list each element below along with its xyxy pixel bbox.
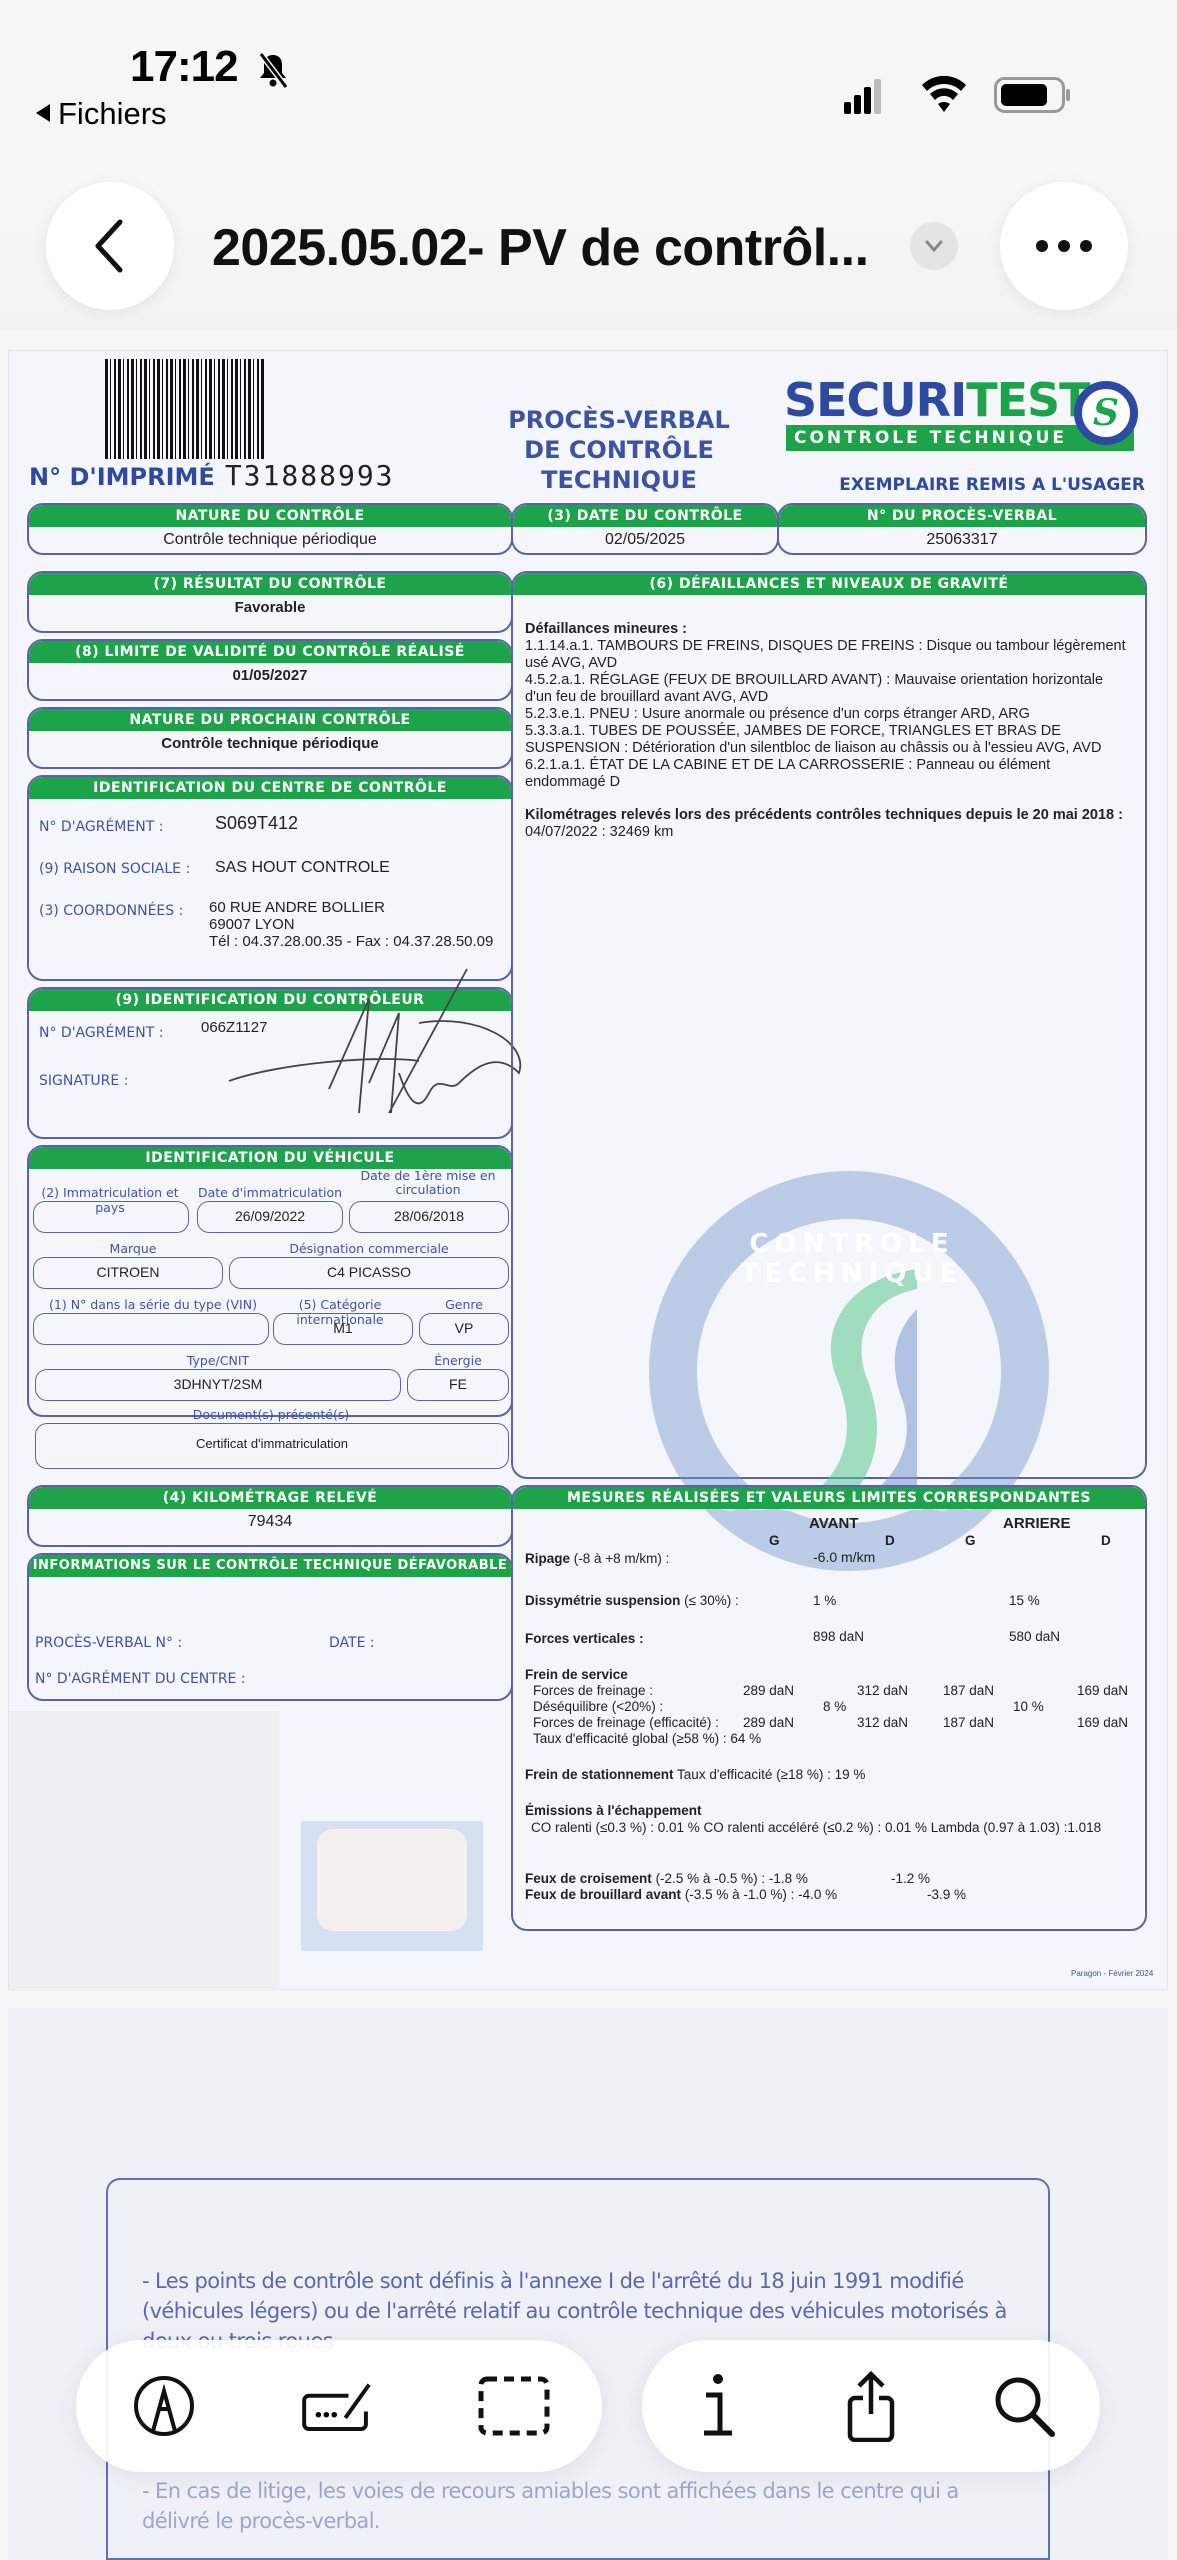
result-label: (7) RÉSULTAT DU CONTRÔLE [29, 573, 511, 595]
croisement-label: Feux de croisement [525, 1871, 652, 1886]
designation-label: Désignation commerciale [229, 1241, 509, 1256]
energie-value: FE [407, 1369, 509, 1401]
defects-content: Défaillances mineures : 1.1.14.a.1. TAMB… [513, 595, 1145, 841]
croisement-d: -1.2 % [891, 1871, 930, 1886]
validity-value: 01/05/2027 [29, 663, 511, 688]
mileage-box: (4) KILOMÉTRAGE RELEVÉ 79434 [27, 1485, 513, 1547]
date-immat-label: Date d'immatriculation [195, 1185, 345, 1200]
brouillard-limit: (-3.5 % à -1.0 %) : [685, 1887, 795, 1902]
silent-bell-icon [255, 50, 291, 90]
taux-value: 64 % [730, 1731, 761, 1746]
center-label: IDENTIFICATION DU CENTRE DE CONTRÔLE [29, 777, 511, 799]
raison-sociale-label: (9) RAISON SOCIALE : [39, 861, 190, 877]
logo-text-right: TEST [966, 373, 1089, 427]
signature-button[interactable] [301, 2368, 377, 2444]
marque-value: CITROEN [33, 1257, 223, 1289]
emissions-label: Émissions à l'échappement [525, 1803, 702, 1818]
vin-value [33, 1313, 269, 1345]
categorie-value: M1 [273, 1313, 413, 1345]
document-nav-bar: 2025.05.02- PV de contrôl... [0, 160, 1177, 330]
print-number-label: N° D'IMPRIMÉ [29, 463, 215, 491]
forces-freinage-label: Forces de freinage : [533, 1683, 653, 1698]
dissym-avant: 1 % [813, 1593, 836, 1608]
date-value: 02/05/2025 [513, 527, 777, 553]
signature-icon [301, 2373, 377, 2439]
arriere-d-header: D [1101, 1533, 1111, 1548]
ff-ard: 169 daN [1077, 1683, 1128, 1698]
selection-icon [478, 2376, 550, 2436]
sticker-window [317, 1829, 467, 1931]
emissions-values: CO ralenti (≤0.3 %) : 0.01 % CO ralenti … [531, 1819, 1131, 1836]
nature-box: NATURE DU CONTRÔLE Contrôle technique pé… [27, 503, 513, 555]
copy-note: EXEMPLAIRE REMIS A L'USAGER [839, 475, 1145, 495]
croisement-limit: (-2.5 % à -0.5 %) : [656, 1871, 766, 1886]
ffe-label: Forces de freinage (efficacité) : [533, 1715, 719, 1730]
ffe-arg: 187 daN [943, 1715, 994, 1730]
center-agrement-label: N° D'AGRÉMENT : [39, 819, 163, 835]
avant-g-header: G [769, 1533, 780, 1548]
brouillard-g: -4.0 % [798, 1887, 837, 1902]
type-value: 3DHNYT/2SM [35, 1369, 401, 1401]
center-box: IDENTIFICATION DU CENTRE DE CONTRÔLE N° … [27, 775, 513, 981]
toolbar-left-group [76, 2340, 602, 2472]
ffe-avg: 289 daN [743, 1715, 794, 1730]
unfavorable-box: INFORMATIONS SUR LE CONTRÔLE TECHNIQUE D… [27, 1553, 513, 1701]
mileage-value: 79434 [29, 1509, 511, 1535]
defect-item: 1.1.14.a.1. TAMBOURS DE FREINS, DISQUES … [525, 638, 1133, 672]
result-value: Favorable [29, 595, 511, 620]
defect-item: 4.5.2.a.1. RÉGLAGE (FEUX DE BROUILLARD A… [525, 672, 1133, 706]
pv-number-value: 25063317 [779, 527, 1145, 553]
status-bar: 17:12 Fichiers [0, 0, 1177, 140]
fv-arriere: 580 daN [1009, 1629, 1060, 1644]
stationnement-limit: Taux d'efficacité (≥18 %) : [677, 1767, 831, 1782]
designation-value: C4 PICASSO [229, 1257, 509, 1289]
ff-avg: 289 daN [743, 1683, 794, 1698]
defect-item: 5.3.3.a.1. TUBES DE POUSSÉE, JAMBES DE F… [525, 723, 1133, 757]
validity-label: (8) LIMITE DE VALIDITÉ DU CONTRÔLE RÉALI… [29, 641, 511, 663]
next-control-value: Contrôle technique périodique [29, 731, 511, 756]
info-icon [698, 2373, 738, 2439]
next-control-box: NATURE DU PROCHAIN CONTRÔLE Contrôle tec… [27, 707, 513, 769]
search-icon [992, 2374, 1056, 2438]
genre-value: VP [419, 1313, 509, 1345]
frein-service-label: Frein de service [525, 1667, 628, 1682]
vehicle-label: IDENTIFICATION DU VÉHICULE [29, 1147, 511, 1169]
chevron-down-icon [924, 239, 944, 253]
barcode [105, 359, 265, 459]
taux-label: Taux d'efficacité global (≥58 %) : [533, 1731, 727, 1746]
vin-label: (1) N° dans la série du type (VIN) [33, 1297, 273, 1312]
watermark-top-text: CONTROLE TECHNIQUE [727, 1229, 977, 1289]
documents-value: Certificat d'immatriculation [35, 1423, 509, 1469]
ff-avd: 312 daN [857, 1683, 908, 1698]
brouillard-label: Feux de brouillard avant [525, 1887, 681, 1902]
info-button[interactable] [680, 2368, 756, 2444]
footer-note: Paragon - Février 2024 [1071, 1969, 1153, 1978]
raison-sociale-value: SAS HOUT CONTROLE [215, 859, 390, 877]
defect-item: 6.2.1.a.1. ÉTAT DE LA CABINE ET DE LA CA… [525, 757, 1133, 791]
clock: 17:12 [130, 42, 238, 92]
document-heading: PROCÈS-VERBALDE CONTRÔLE TECHNIQUE [449, 405, 789, 495]
securitest-logo: SECURITEST CONTROLE TECHNIQUE S [784, 373, 1144, 453]
ellipsis-icon [1034, 238, 1094, 254]
center-agrement-value: S069T412 [215, 813, 298, 834]
first-circ-label: Date de 1ère mise en circulation [353, 1169, 503, 1197]
arriere-header: ARRIERE [1003, 1515, 1071, 1532]
document-page[interactable]: N° D'IMPRIMÉT31888993 PROCÈS-VERBALDE CO… [8, 350, 1168, 1990]
unfav-agrement-label: N° D'AGRÉMENT DU CENTRE : [35, 1671, 246, 1687]
next-control-label: NATURE DU PROCHAIN CONTRÔLE [29, 709, 511, 731]
forces-verticales-label: Forces verticales : [525, 1631, 644, 1646]
history-value: 04/07/2022 : 32469 km [525, 824, 673, 840]
avant-d-header: D [885, 1533, 895, 1548]
immat-field [33, 1201, 189, 1233]
nature-label: NATURE DU CONTRÔLE [29, 505, 511, 527]
fv-avant: 898 daN [813, 1629, 864, 1644]
desequilibre-label: Déséquilibre (<20%) : [533, 1699, 663, 1714]
chevron-left-icon [90, 218, 130, 274]
sticker-frame [301, 1821, 483, 1951]
arriere-g-header: G [965, 1533, 976, 1548]
more-button[interactable] [1000, 182, 1128, 310]
markup-button[interactable] [126, 2368, 202, 2444]
brouillard-d: -3.9 % [927, 1887, 966, 1902]
wifi-icon [920, 72, 968, 116]
defects-heading: Défaillances mineures : [525, 621, 1133, 638]
avant-header: AVANT [809, 1515, 858, 1532]
ripage-label: Ripage [525, 1551, 570, 1566]
date-immat-value: 26/09/2022 [197, 1201, 343, 1233]
unfavorable-label: INFORMATIONS SUR LE CONTRÔLE TECHNIQUE D… [29, 1555, 511, 1577]
back-app-label: Fichiers [58, 96, 167, 131]
document-title[interactable]: 2025.05.02- PV de contrôl... [212, 218, 869, 278]
tear-off-stub [9, 1711, 279, 1991]
unfav-date-label: DATE : [329, 1635, 375, 1651]
marque-label: Marque [33, 1241, 233, 1256]
defects-label: (6) DÉFAILLANCES ET NIVEAUX DE GRAVITÉ [513, 573, 1145, 595]
back-button[interactable] [46, 182, 174, 310]
coordonnees-label: (3) COORDONNÉES : [39, 903, 183, 919]
date-box: (3) DATE DU CONTRÔLE 02/05/2025 [511, 503, 779, 555]
dissym-limit: (≤ 30%) : [684, 1593, 739, 1608]
logo-text-left: SECURI [784, 373, 966, 427]
history-label: Kilométrages relevés lors des précédents… [525, 807, 1123, 823]
pv-number-label: N° DU PROCÈS-VERBAL [779, 505, 1145, 527]
controller-agrement-label: N° D'AGRÉMENT : [39, 1025, 163, 1041]
selection-button[interactable] [476, 2368, 552, 2444]
battery-icon [994, 77, 1072, 113]
print-number-value: T31888993 [225, 459, 395, 492]
address-line-2: 69007 LYON [209, 916, 493, 933]
share-icon [845, 2370, 897, 2442]
first-circ-value: 28/06/2018 [349, 1201, 509, 1233]
defect-item: 5.2.3.e.1. PNEU : Usure anormale ou prés… [525, 706, 1133, 723]
ripage-value: -6.0 m/km [813, 1549, 875, 1565]
cellular-signal-icon [842, 76, 882, 116]
measures-box: MESURES RÉALISÉES ET VALEURS LIMITES COR… [511, 1485, 1147, 1931]
back-to-files-link[interactable]: Fichiers [36, 96, 167, 132]
pv-number-box: N° DU PROCÈS-VERBAL 25063317 [777, 503, 1147, 555]
title-menu-button[interactable] [910, 222, 958, 270]
nature-value: Contrôle technique périodique [29, 527, 511, 553]
ffe-avd: 312 daN [857, 1715, 908, 1730]
mileage-label: (4) KILOMÉTRAGE RELEVÉ [29, 1487, 511, 1509]
unfav-pv-label: PROCÈS-VERBAL N° : [35, 1635, 182, 1651]
measures-label: MESURES RÉALISÉES ET VALEURS LIMITES COR… [513, 1487, 1145, 1509]
heading-line-1: PROCÈS-VERBAL [449, 405, 789, 435]
stationnement-label: Frein de stationnement [525, 1767, 674, 1782]
logo-s-icon: S [1074, 381, 1138, 445]
back-triangle-icon [36, 104, 50, 122]
files-quicklook-viewer: 17:12 Fichiers 2025.05.02- PV de contrôl… [0, 0, 1177, 2560]
markup-icon [131, 2373, 197, 2439]
deseq-arriere: 10 % [1013, 1699, 1044, 1714]
genre-label: Genre [419, 1297, 509, 1312]
address-line-1: 60 RUE ANDRE BOLLIER [209, 899, 493, 916]
legal-paragraph-2: - En cas de litige, les voies de recours… [142, 2476, 1014, 2536]
croisement-g: -1.8 % [769, 1871, 808, 1886]
ffe-ard: 169 daN [1077, 1715, 1128, 1730]
heading-line-2: DE CONTRÔLE TECHNIQUE [449, 435, 789, 495]
energie-label: Énergie [407, 1353, 509, 1368]
dissym-arriere: 15 % [1009, 1593, 1040, 1608]
documents-label: Document(s) présenté(s) [33, 1407, 509, 1422]
ripage-limit: (-8 à +8 m/km) : [574, 1551, 670, 1566]
signature-label: SIGNATURE : [39, 1073, 128, 1089]
search-button[interactable] [986, 2368, 1062, 2444]
type-label: Type/CNIT [33, 1353, 403, 1368]
date-label: (3) DATE DU CONTRÔLE [513, 505, 777, 527]
toolbar-right-group [642, 2340, 1100, 2472]
dissym-label: Dissymétrie suspension [525, 1593, 680, 1608]
result-box: (7) RÉSULTAT DU CONTRÔLE Favorable [27, 571, 513, 633]
share-button[interactable] [833, 2368, 909, 2444]
signature-scribble [219, 963, 539, 1133]
print-number: N° D'IMPRIMÉT31888993 [29, 459, 395, 492]
stationnement-value: 19 % [835, 1767, 866, 1782]
ff-arg: 187 daN [943, 1683, 994, 1698]
coordonnees-value: 60 RUE ANDRE BOLLIER 69007 LYON Tél : 04… [209, 899, 493, 950]
validity-box: (8) LIMITE DE VALIDITÉ DU CONTRÔLE RÉALI… [27, 639, 513, 701]
watermark-s-icon [807, 1269, 927, 1509]
deseq-avant: 8 % [823, 1699, 846, 1714]
phone-fax: Tél : 04.37.28.00.35 - Fax : 04.37.28.50… [209, 933, 493, 950]
